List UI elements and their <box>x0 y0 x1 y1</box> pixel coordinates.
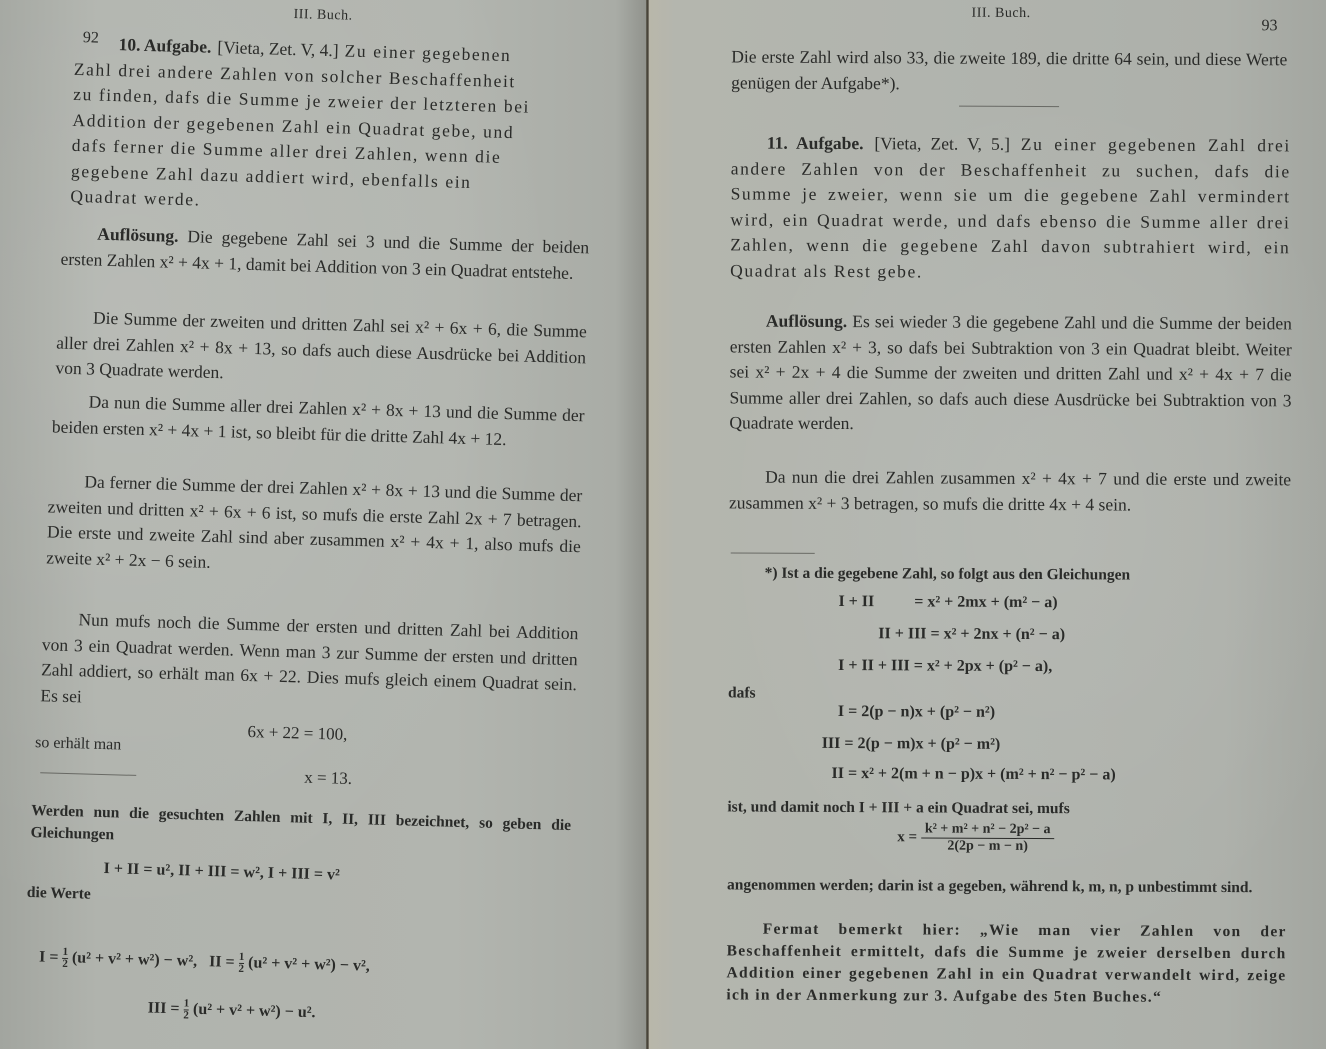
footnote-condition: ist, und damit noch I + III + a ein Quad… <box>727 796 1287 821</box>
problem-11: 11. Aufgabe. [Vieta, Zet. V, 5.] Zu eine… <box>730 130 1291 286</box>
so-erhaelt-man: so erhält man <box>35 730 236 761</box>
fraction-half: 12 <box>62 947 68 970</box>
problem-reference: [Vieta, Zet. V, 4.] <box>217 37 339 60</box>
footnote-equation-I-II: I = 12 (u² + v² + w²) − w², II = 12 (u² … <box>39 946 370 978</box>
footnote-equation: I = 2(p − n)x + (p² − n²) <box>838 703 995 722</box>
solution-paragraph-1: Auflösung. Es sei wieder 3 die gegebene … <box>729 308 1292 438</box>
fraction: k² + m² + n² − 2p² − a2(2p − m − n) <box>921 821 1055 855</box>
solution-paragraph-4: Da ferner die Summe der drei Zahlen x² +… <box>46 468 583 585</box>
solution-paragraph-2: Da nun die drei Zahlen zusammen x² + 4x … <box>729 464 1291 518</box>
footnote-equation: I + II + III = x² + 2px + (p² − a), <box>838 657 1052 676</box>
solution-paragraph-1: Auflösung. Die gegebene Zahl sei 3 und d… <box>60 221 589 287</box>
footnote-equation: II + III = x² + 2nx + (n² − a) <box>878 625 1065 644</box>
carryover-paragraph: Die erste Zahl wird also 33, die zweite … <box>731 44 1287 98</box>
footnote-x-formula: x = k² + m² + n² − 2p² − a2(2p − m − n) <box>897 821 1054 855</box>
footnote-equation: II = x² + 2(m + n − p)x + (m² + n² − p² … <box>832 765 1116 784</box>
equation: 6x + 22 = 100, <box>247 722 347 745</box>
solution-paragraph-2: Die Summe der zweiten und dritten Zahl s… <box>55 305 587 396</box>
footnote-equation: III = 2(p − m)x + (p² − m²) <box>822 735 1001 754</box>
fraction-half: 12 <box>183 998 189 1021</box>
footnote-rule <box>731 552 815 553</box>
equation: x = 13. <box>304 768 352 789</box>
solution-paragraph-5: Nun mufs noch die Summe der ersten und d… <box>40 606 579 723</box>
footnote-equation: I + II = x² + 2mx + (m² − a) <box>838 593 1057 612</box>
right-page-content: III. Buch. 93 Die erste Zahl wird also 3… <box>726 0 1301 1049</box>
footnote-intro: Werden nun die gesuchten Zahlen mit I, I… <box>30 800 571 859</box>
problem-text-line: Zu einer gegebenen <box>344 40 511 65</box>
problem-label: 10. Aufgabe. <box>118 34 211 57</box>
solution-label: Auflösung. <box>97 224 179 246</box>
running-head: III. Buch. <box>972 6 1031 22</box>
footnote-rule <box>40 772 136 776</box>
dass-label: dafs <box>728 682 828 705</box>
die-werte: die Werte <box>27 882 228 910</box>
problem-label: 11. Aufgabe. <box>767 133 864 154</box>
problem-10: 10. Aufgabe. [Vieta, Zet. V, 4.] Zu eine… <box>70 31 595 224</box>
left-page: III. Buch. 92 10. Aufgabe. [Vieta, Zet. … <box>0 0 648 1049</box>
footnote-intro: *) Ist a die gegebene Zahl, so folgt aus… <box>729 562 1289 587</box>
problem-text: Zu einer gegebenen Zahl drei andere Zahl… <box>730 134 1291 281</box>
problem-reference: [Vieta, Zet. V, 5.] <box>874 133 1010 154</box>
solution-paragraph-3: Da nun die Summe aller drei Zahlen x² + … <box>52 388 585 454</box>
footnote-equation-III: III = 12 (u² + v² + w²) − u². <box>147 997 315 1025</box>
footnote-equation: I + II = u², II + III = w², I + III = v² <box>103 860 340 885</box>
fraction-half: 12 <box>238 952 244 975</box>
page-number: 93 <box>1261 17 1277 35</box>
fermat-quote: Fermat bemerkt hier: „Wie man vier Zahle… <box>726 918 1286 1009</box>
left-page-content: III. Buch. 92 10. Aufgabe. [Vieta, Zet. … <box>7 0 596 1049</box>
running-head: III. Buch. <box>293 7 352 25</box>
solution-label: Auflösung. <box>766 311 847 331</box>
right-page: III. Buch. 93 Die erste Zahl wird also 3… <box>649 0 1326 1049</box>
section-rule <box>959 106 1059 108</box>
footnote-after: angenommen werden; darin ist a gegeben, … <box>727 874 1287 899</box>
